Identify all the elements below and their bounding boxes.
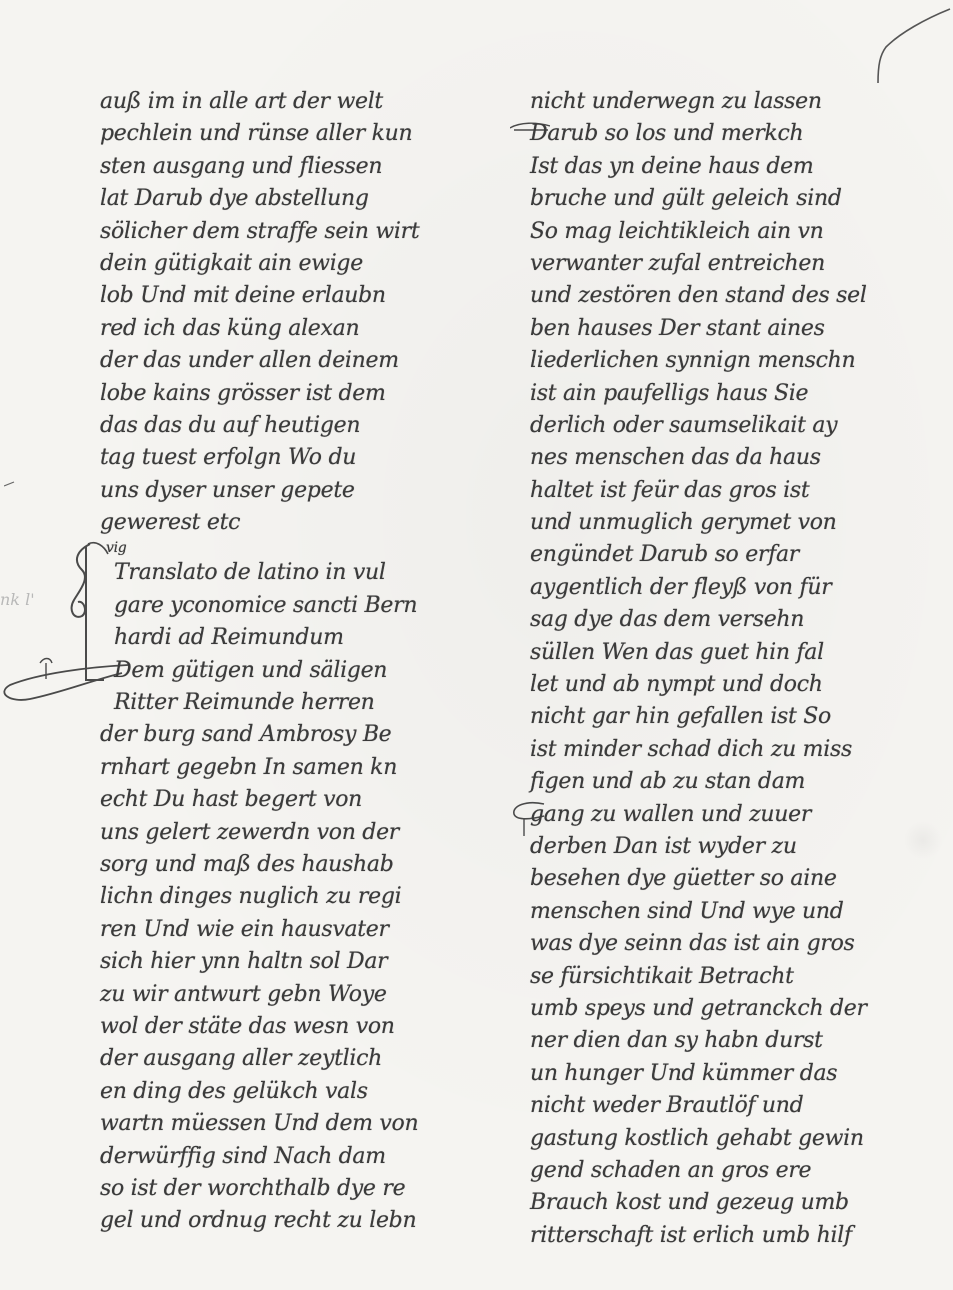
text-line: red ich das küng alexan [100,313,470,345]
text-line: derben Dan ist wyder zu [530,831,900,863]
text-line: auß im in alle art der welt [100,86,470,118]
text-line: nes menschen das da haus [530,442,900,474]
heading-line: hardi ad Reimundum [100,622,470,654]
text-line: zu wir antwurt gebn Woye [100,979,470,1011]
text-line: menschen sind Und wye und [530,896,900,928]
text-line: gel und ordnug recht zu lebn [100,1205,470,1237]
text-line: ben hauses Der stant aines [530,313,900,345]
text-line: Ist das yn deine haus dem [530,151,900,183]
text-line: wol der stäte das wesn von [100,1011,470,1043]
text-line: ritterschaft ist erlich umb hilf [530,1220,900,1252]
text-line: und zestören den stand des sel [530,280,900,312]
text-line: ner dien dan sy habn durst [530,1025,900,1057]
text-line: wartn müessen Und dem von [100,1108,470,1140]
text-line: ren Und wie ein hausvater [100,914,470,946]
text-line: Dem gütigen und säligen [100,655,470,687]
text-line: gewerest etc [100,507,470,539]
text-line: süllen Wen das guet hin fal [530,637,900,669]
text-line: sorg und maß des haushab [100,849,470,881]
text-line: lobe kains grösser ist dem [100,378,470,410]
text-line: derwürffig sind Nach dam [100,1141,470,1173]
text-line: lichn dinges nuglich zu regi [100,881,470,913]
text-line: rnhart gegebn In samen kn [100,752,470,784]
text-line: uns gelert zewerdn von der [100,817,470,849]
text-line: let und ab nympt und doch [530,669,900,701]
text-line: lat Darub dye abstellung [100,183,470,215]
text-line: sich hier ynn haltn sol Dar [100,946,470,978]
margin-tick-mark [4,480,16,488]
small-mark: vig [100,539,470,557]
text-line: figen und ab zu stan dam [530,766,900,798]
text-line: was dye seinn das ist ain gros [530,928,900,960]
text-line: liederlichen synnign menschn [530,345,900,377]
text-line: nicht underwegn zu lassen [530,86,900,118]
text-line: gastung kostlich gehabt gewin [530,1123,900,1155]
text-line: sag dye das dem versehn [530,604,900,636]
text-line: ist ain paufelligs haus Sie [530,378,900,410]
paper-smudge [903,820,943,860]
text-line: gend schaden an gros ere [530,1155,900,1187]
text-line: uns dyser unser gepete [100,475,470,507]
text-line: Ritter Reimunde herren [100,687,470,719]
text-line: das das du auf heutigen [100,410,470,442]
text-line: dein gütigkait ain ewige [100,248,470,280]
manuscript-page: nk l' auß im in alle art der welt pechle… [0,0,953,1290]
text-line: haltet ist feür das gros ist [530,475,900,507]
text-line: un hunger Und kümmer das [530,1058,900,1090]
text-line: engündet Darub so erfar [530,539,900,571]
margin-note: nk l' [0,590,35,609]
text-line: besehen dye güetter so aine [530,863,900,895]
text-line: pechlein und rünse aller kun [100,118,470,150]
text-line: sölicher dem straffe sein wirt [100,216,470,248]
text-line: nicht weder Brautlöf und [530,1090,900,1122]
left-text-column: auß im in alle art der welt pechlein und… [100,86,470,1238]
text-line: und unmuglich gerymet von [530,507,900,539]
heading-line: Translato de latino in vul [100,557,470,589]
text-line: en ding des gelükch vals [100,1076,470,1108]
text-line: Brauch kost und gezeug umb [530,1187,900,1219]
text-line: aygentlich der fleyß von für [530,572,900,604]
text-line: der das under allen deinem [100,345,470,377]
text-line: nicht gar hin gefallen ist So [530,701,900,733]
text-line: derlich oder saumselikait ay [530,410,900,442]
text-line: ist minder schad dich zu miss [530,734,900,766]
flourish-stroke [820,5,953,85]
text-line: echt Du hast begert von [100,784,470,816]
text-line: so ist der worchthalb dye re [100,1173,470,1205]
text-line: der ausgang aller zeytlich [100,1043,470,1075]
text-line: se fürsichtikait Betracht [530,961,900,993]
heading-line: gare yconomice sancti Bern [100,590,470,622]
text-line: So mag leichtikleich ain vn [530,216,900,248]
text-line: der burg sand Ambrosy Be [100,719,470,751]
text-line: gang zu wallen und zuuer [530,799,900,831]
text-line: Darub so los und merkch [530,118,900,150]
text-line: tag tuest erfolgn Wo du [100,442,470,474]
text-line: verwanter zufal entreichen [530,248,900,280]
text-line: bruche und gült geleich sind [530,183,900,215]
text-line: sten ausgang und fliessen [100,151,470,183]
right-text-column: nicht underwegn zu lassen Darub so los u… [530,86,900,1252]
text-line: lob Und mit deine erlaubn [100,280,470,312]
text-line: umb speys und getranckch der [530,993,900,1025]
